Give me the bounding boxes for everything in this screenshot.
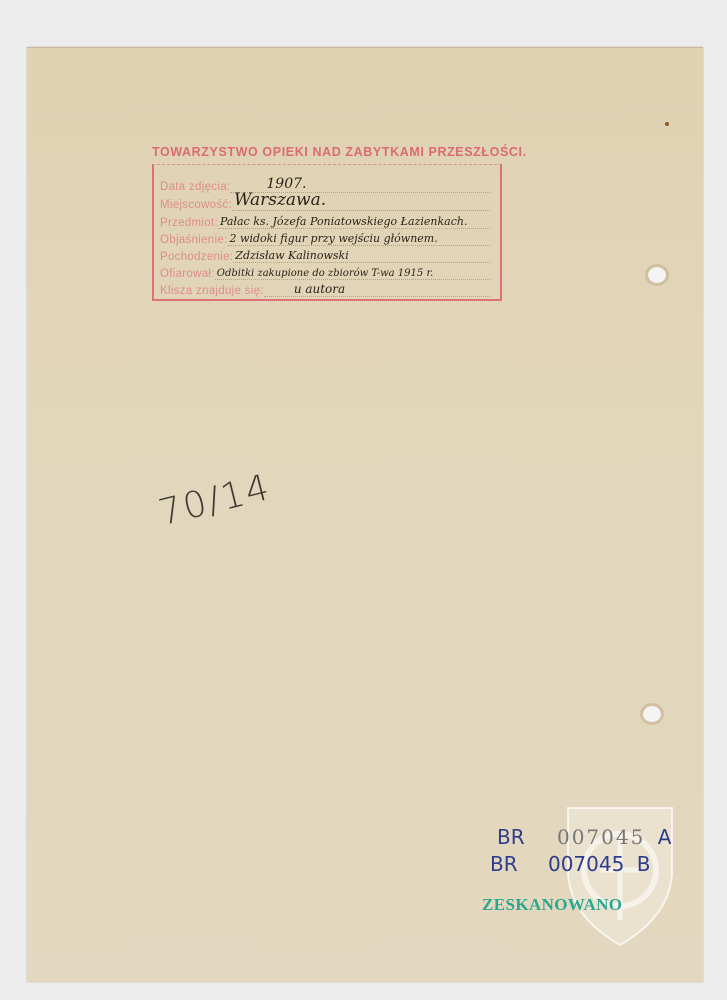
- stamp-row-place: Miejscowość: Warszawa.: [160, 195, 490, 211]
- punch-hole-top: [648, 267, 666, 283]
- ink-dot: [665, 122, 669, 126]
- handwritten-value: Zdzisław Kalinowski: [235, 249, 348, 262]
- stamp-label: Przedmiot:: [160, 217, 218, 229]
- stamp-header: TOWARZYSTWO OPIEKI NAD ZABYTKAMI PRZESZŁ…: [152, 145, 512, 159]
- catalog-number: 007045: [557, 825, 645, 849]
- handwritten-value: u autora: [294, 282, 345, 296]
- stamp-row-description: Objaśnienie: 2 widoki figur przy wejściu…: [160, 230, 490, 246]
- catalog-suffix: A: [658, 825, 672, 849]
- catalog-prefix: BR: [497, 825, 525, 849]
- stamp-row-subject: Przedmiot: Pałac ks. Józefa Poniatowskie…: [160, 213, 490, 229]
- catalog-number: 007045: [548, 852, 624, 876]
- catalog-suffix: B: [637, 852, 651, 876]
- catalog-line-b: BR 007045 B: [490, 852, 650, 876]
- handwritten-value: Pałac ks. Józefa Poniatowskiego Łazienka…: [220, 215, 468, 228]
- stamp-label: Klisza znajduje się:: [160, 285, 264, 297]
- handwritten-value: 2 widoki figur przy wejściu głównem.: [230, 232, 438, 245]
- stamp-row-origin: Pochodzenie: Zdzisław Kalinowski: [160, 247, 490, 263]
- scanned-stamp: ZESKANOWANO: [482, 895, 622, 915]
- stamp-label: Miejscowość:: [160, 199, 232, 211]
- stamp-label: Ofiarował:: [160, 268, 215, 280]
- catalog-line-a: BR 007045 A: [497, 825, 671, 849]
- catalog-prefix: BR: [490, 852, 518, 876]
- stamp-label: Data zdjęcia:: [160, 181, 230, 193]
- stamp-label: Pochodzenie:: [160, 251, 233, 263]
- stamp-label: Objaśnienie:: [160, 234, 228, 246]
- handwritten-value: Warszawa.: [234, 190, 326, 210]
- punch-hole-bottom: [643, 706, 661, 722]
- stamp-row-negative: Klisza znajduje się: u autora: [160, 281, 490, 297]
- stamp-row-donor: Ofiarował: Odbitki zakupione do zbiorów …: [160, 264, 490, 280]
- handwritten-value: Odbitki zakupione do zbiorów T-wa 1915 r…: [217, 268, 434, 279]
